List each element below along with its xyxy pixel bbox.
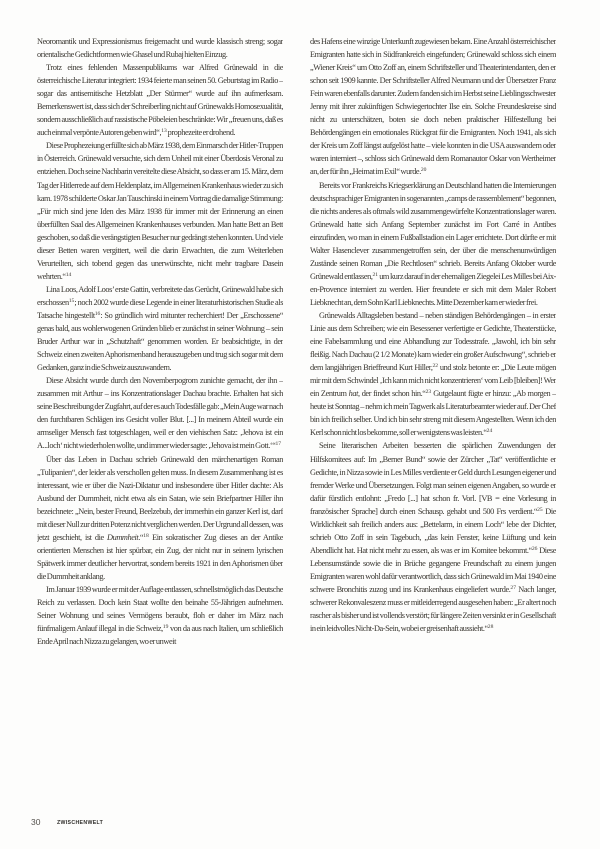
paragraph: Im Januar 1939 wurde er mit der Auflage … xyxy=(37,583,283,648)
paragraph: Lina Loos, Adolf Loos’ erste Gattin, ver… xyxy=(37,283,283,374)
paragraph: Grünewalds Alltagsleben bestand – neben … xyxy=(310,309,556,439)
text-column-left: Neoromantik und Expressionismus freigema… xyxy=(37,35,283,807)
paragraph: Neoromantik und Expressionismus freigema… xyxy=(37,35,283,61)
paragraph: Diese Absicht wurde durch den Novemberpo… xyxy=(37,374,283,452)
paragraph: Trotz eines fehlenden Massenpublikums wa… xyxy=(37,61,283,139)
journal-page: Neoromantik und Expressionismus freigema… xyxy=(0,0,600,849)
paragraph: Über das Leben in Dachau schrieb Grünewa… xyxy=(37,453,283,583)
page-footer: 30 ZWISCHENWELT xyxy=(0,810,600,849)
journal-name: ZWISCHENWELT xyxy=(57,820,103,826)
paragraph: Diese Prophezeiung erfüllte sich ab März… xyxy=(37,139,283,283)
paragraph: Seine literarischen Arbeiten besserten d… xyxy=(310,439,556,635)
page-number: 30 xyxy=(31,817,40,827)
text-column-right: des Hafens eine winzige Unterkunft zugew… xyxy=(310,35,556,807)
paragraph: Bereits vor Frankreichs Kriegserklärung … xyxy=(310,179,556,309)
paragraph: des Hafens eine winzige Unterkunft zugew… xyxy=(310,35,556,179)
